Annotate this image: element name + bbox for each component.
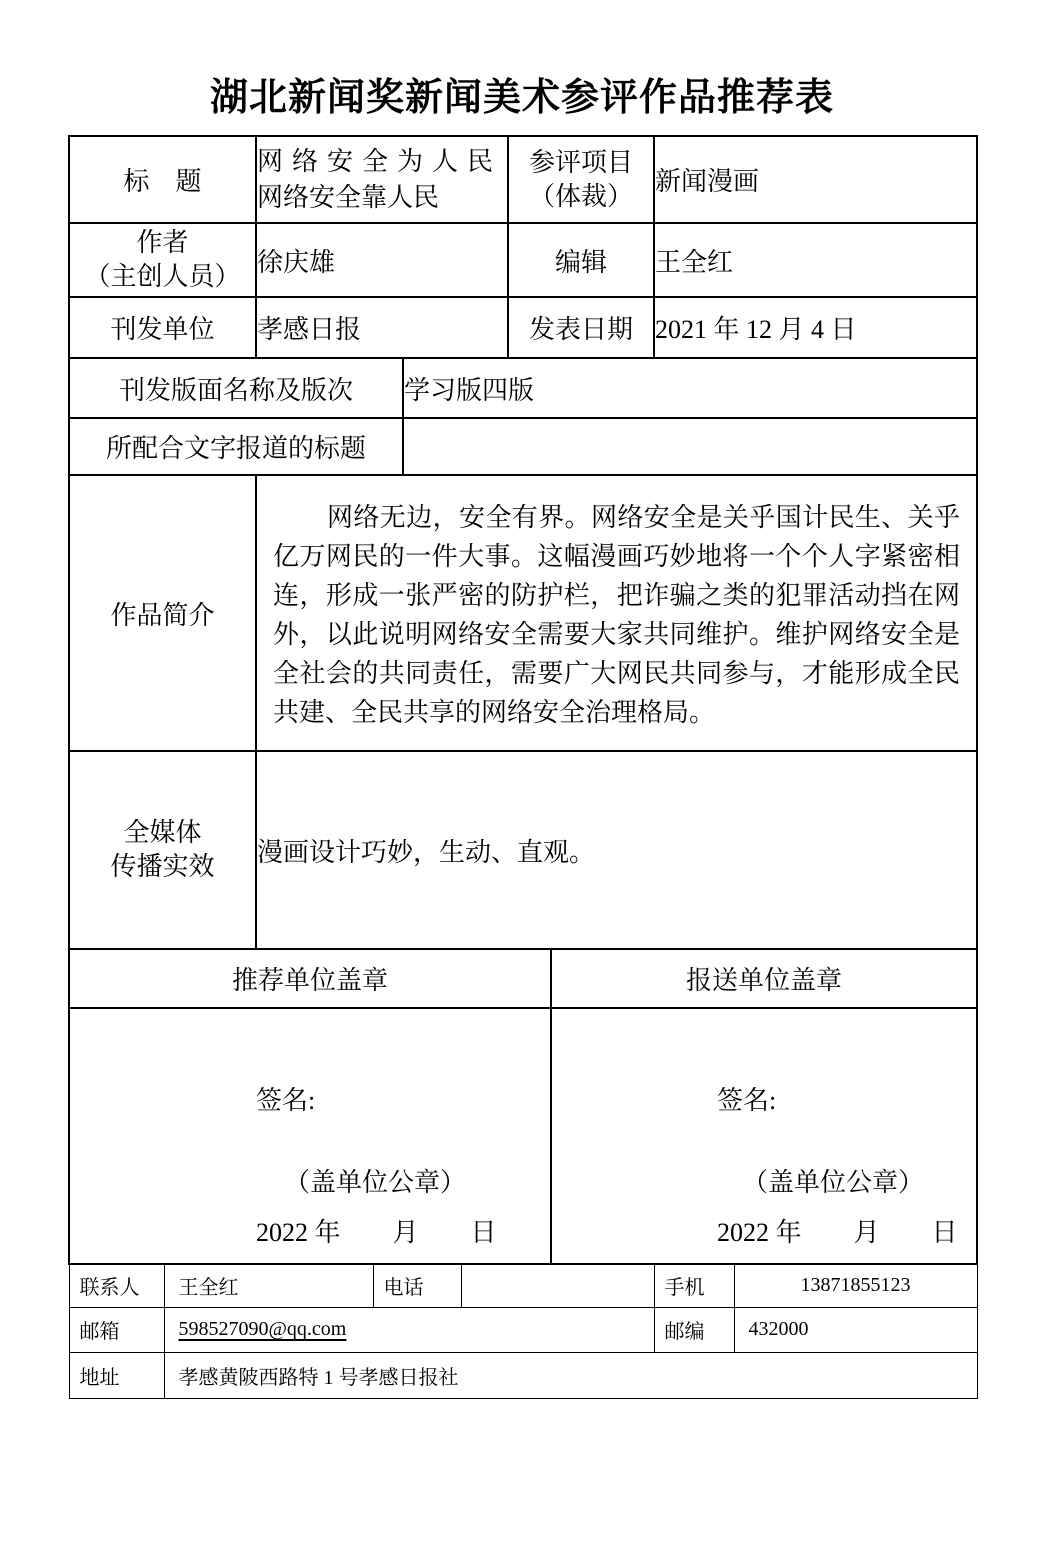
recommend-signature-area: 签名: （盖单位公章） 2022 年 月 日 xyxy=(69,1008,551,1264)
seal-note: （盖单位公章） xyxy=(284,1169,550,1197)
row-stamp-headers: 推荐单位盖章 报送单位盖章 xyxy=(69,949,977,1008)
row-related-title: 所配合文字报道的标题 xyxy=(69,418,977,475)
title-value-line1: 网络安全为人民 xyxy=(257,144,507,180)
row-author: 作者 （主创人员） 徐庆雄 编辑 王全红 xyxy=(69,223,977,297)
date-blank: 2022 年 月 日 xyxy=(256,1219,550,1247)
row-email: 邮箱 598527090@qq.com 邮编 432000 xyxy=(69,1307,977,1352)
author-label: 作者 （主创人员） xyxy=(69,223,256,297)
signature-label: 签名: xyxy=(717,1087,976,1115)
phone-label: 电话 xyxy=(373,1264,461,1307)
mobile-value: 13871855123 xyxy=(734,1264,977,1307)
recommend-stamp-label: 推荐单位盖章 xyxy=(69,949,551,1008)
mobile-label: 手机 xyxy=(654,1264,734,1307)
row-title: 标 题 网络安全为人民 网络安全靠人民 参评项目 （体裁） 新闻漫画 xyxy=(69,136,977,223)
editor-value: 王全红 xyxy=(654,223,977,297)
postcode-value: 432000 xyxy=(734,1307,977,1352)
publisher-value: 孝感日报 xyxy=(256,297,508,358)
signature-label: 签名: xyxy=(256,1087,550,1115)
submit-stamp-label: 报送单位盖章 xyxy=(551,949,977,1008)
publish-date-value: 2021 年 12 月 4 日 xyxy=(654,297,977,358)
intro-paragraph: 网络无边，安全有界。网络安全是关乎国计民生、关乎亿万网民的一件大事。这幅漫画巧妙… xyxy=(257,495,976,732)
title-label: 标 题 xyxy=(69,136,256,223)
address-value: 孝感黄陂西路特 1 号孝感日报社 xyxy=(164,1352,977,1398)
row-signatures: 签名: （盖单位公章） 2022 年 月 日 签名: （盖单位公章） 2022 … xyxy=(69,1008,977,1264)
media-effect-label: 全媒体 传播实效 xyxy=(69,751,256,949)
row-address: 地址 孝感黄陂西路特 1 号孝感日报社 xyxy=(69,1352,977,1398)
row-contact: 联系人 王全红 电话 手机 13871855123 xyxy=(69,1264,977,1307)
document-page: 湖北新闻奖新闻美术参评作品推荐表 标 题 网络安全为人民 网络安全靠人民 参评项… xyxy=(0,0,1058,1568)
publish-date-label: 发表日期 xyxy=(508,297,654,358)
row-layout: 刊发版面名称及版次 学习版四版 xyxy=(69,358,977,418)
address-label: 地址 xyxy=(69,1352,164,1398)
category-label: 参评项目 （体裁） xyxy=(508,136,654,223)
intro-value: 网络无边，安全有界。网络安全是关乎国计民生、关乎亿万网民的一件大事。这幅漫画巧妙… xyxy=(256,475,977,751)
author-value: 徐庆雄 xyxy=(256,223,508,297)
intro-label: 作品简介 xyxy=(69,475,256,751)
date-blank: 2022 年 月 日 xyxy=(717,1219,976,1247)
recommendation-form-table: 标 题 网络安全为人民 网络安全靠人民 参评项目 （体裁） 新闻漫画 作者 （主… xyxy=(68,135,978,1399)
row-media-effect: 全媒体 传播实效 漫画设计巧妙，生动、直观。 xyxy=(69,751,977,949)
title-value-line2: 网络安全靠人民 xyxy=(257,180,507,216)
seal-note: （盖单位公章） xyxy=(742,1169,976,1197)
row-publisher: 刊发单位 孝感日报 发表日期 2021 年 12 月 4 日 xyxy=(69,297,977,358)
contact-person-label: 联系人 xyxy=(69,1264,164,1307)
media-effect-value: 漫画设计巧妙，生动、直观。 xyxy=(256,751,977,949)
row-intro: 作品简介 网络无边，安全有界。网络安全是关乎国计民生、关乎亿万网民的一件大事。这… xyxy=(69,475,977,751)
phone-value xyxy=(461,1264,654,1307)
related-title-label: 所配合文字报道的标题 xyxy=(69,418,403,475)
publisher-label: 刊发单位 xyxy=(69,297,256,358)
contact-person-value: 王全红 xyxy=(164,1264,373,1307)
editor-label: 编辑 xyxy=(508,223,654,297)
category-value: 新闻漫画 xyxy=(654,136,977,223)
email-link[interactable]: 598527090@qq.com xyxy=(179,1318,347,1340)
layout-label: 刊发版面名称及版次 xyxy=(69,358,403,418)
postcode-label: 邮编 xyxy=(654,1307,734,1352)
submit-signature-area: 签名: （盖单位公章） 2022 年 月 日 xyxy=(551,1008,977,1264)
title-value: 网络安全为人民 网络安全靠人民 xyxy=(256,136,508,223)
email-cell: 598527090@qq.com xyxy=(164,1307,654,1352)
email-label: 邮箱 xyxy=(69,1307,164,1352)
layout-value: 学习版四版 xyxy=(403,358,977,418)
page-title: 湖北新闻奖新闻美术参评作品推荐表 xyxy=(68,74,976,122)
related-title-value xyxy=(403,418,977,475)
